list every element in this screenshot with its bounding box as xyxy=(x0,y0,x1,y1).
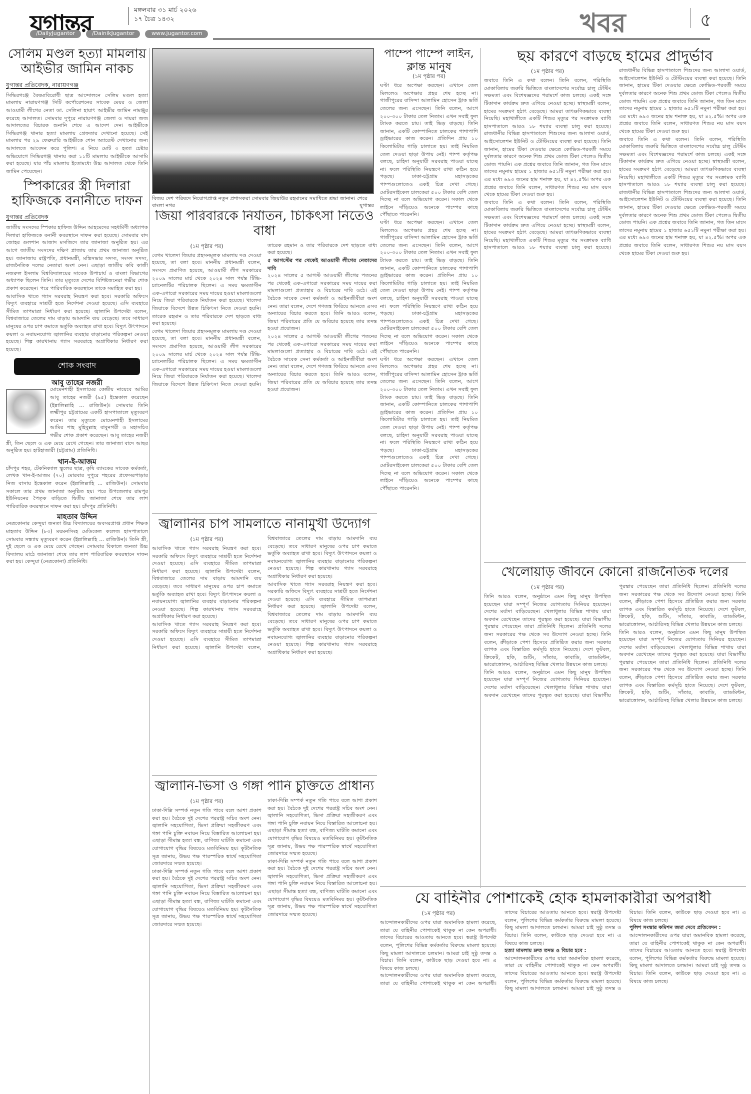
photo-credit: যুগান্তর xyxy=(360,203,374,210)
newspaper-logo[interactable]: যুগান্তর xyxy=(30,6,92,46)
article-body-cont: আবাসিক খাতে গ্যাস সরবরাহ নিয়ন্ত্রণ করা … xyxy=(6,294,148,355)
article-body-cont: ২০২৪ সালের ৫ আগস্ট আওয়ামী লীগের পতনের প… xyxy=(268,334,378,395)
article-columns: (১ম পৃষ্ঠার পর) আবাসিক খাতে গ্যাস সরবরাহ… xyxy=(152,536,377,658)
byline: যুগান্তর প্রতিবেদক, নারায়ণগঞ্জ xyxy=(6,80,148,91)
continued-label: (১ম পৃষ্ঠার পর) xyxy=(380,911,497,919)
article-measles[interactable]: ছয় কারণে বাড়ছে হামের প্রাদুর্ভাব (১ম প… xyxy=(484,48,746,558)
issue-date: মঙ্গলবার ৩১ মার্চ ২০২৬ ১৭ চৈত্র ১৪৩২ xyxy=(134,6,196,24)
article-body: বেগম খালেদা জিয়ার প্রহসনমূলক মামলায় দণ… xyxy=(152,253,262,329)
article-body: জাতীয় সংসদের স্পিকার হাফিজ উদ্দিন আহমেদ… xyxy=(6,225,148,293)
article-body-cont: ঘণ্টা ধরে অপেক্ষা করছেন। এখানে তেল মিললে… xyxy=(380,357,478,494)
article-speaker[interactable]: স্পিকারের স্ত্রী দিলারা হাফিজকে বনানীতে … xyxy=(6,180,148,354)
subhead: পুলিশ সংস্কার কমিশন জমা দেবে প্রতিবেদন : xyxy=(629,925,746,933)
article-footballer[interactable]: খেলোয়াড় জীবনে কোনো রাজনৈতিক দলের (১ম প… xyxy=(484,566,746,884)
obituary-section: শোক সংবাদ আবু তাহের নজরী মোমেনশাহী ইসলাম… xyxy=(6,358,148,567)
continued-label: (১ম পৃষ্ঠার পর) xyxy=(380,74,478,82)
left-column: সেলিম মণ্ডল হত্যা মামলায় আইভীর জামিন না… xyxy=(6,48,148,1094)
continued-label: (১ম পৃষ্ঠার পর) xyxy=(484,69,611,77)
article-body: ২০২৪ সালের ৫ আগস্ট আওয়ামী লীগের পতনের প… xyxy=(268,273,378,334)
article-divider xyxy=(380,886,746,887)
article-body: ঢাকা-দিল্লি সম্পর্ক নতুন গতি পাবে বলে আশ… xyxy=(152,808,262,869)
byline: যুগান্তর প্রতিবেদক xyxy=(6,212,148,223)
date-gregorian: মঙ্গলবার ৩১ মার্চ ২০২৬ xyxy=(134,6,196,15)
article-jalani[interactable]: জ্বালানির চাপ সামলাতে নানামুখী উদ্যোগ (১… xyxy=(152,518,377,773)
social-links: /DailyJugantor /DainikJugantor www.jugan… xyxy=(30,30,208,38)
headline[interactable]: পাম্পে পাম্পে লাইন, ক্লান্ত মানুষ xyxy=(380,48,478,73)
headline[interactable]: স্পিকারের স্ত্রী দিলারা হাফিজকে বনানীতে … xyxy=(6,180,148,210)
column-divider xyxy=(480,48,481,888)
article-body: আবাসিক খাতে গ্যাস সরবরাহ নিয়ন্ত্রণ করা … xyxy=(152,546,262,622)
page-number: ৫ xyxy=(700,6,712,37)
section-divider xyxy=(690,8,691,28)
continued-label: (১ম পৃষ্ঠার পর) xyxy=(152,537,262,545)
subhead: ৫ আগস্টের পর থেকেই আওয়ামী লীগের নেতাদের… xyxy=(268,258,378,273)
obituary-title: শোক সংবাদ xyxy=(14,358,140,375)
continued-label: (১ম পৃষ্ঠার পর) xyxy=(484,585,611,593)
news-photo[interactable] xyxy=(152,48,374,194)
subhead: হত্যা মামলায় দ্রুত তদন্ত ও বিচার হবে : xyxy=(505,948,622,956)
caption-text: বিজয় দেশ পরিষদে নিয়োগপ্রাপ্ত নতুন প্রশ… xyxy=(152,196,367,209)
article-columns: (১ম পৃষ্ঠার পর) জবাবে তিনি এ কথা বলেন। ত… xyxy=(484,68,746,258)
logo-divider xyxy=(128,7,129,25)
section-title: খবর xyxy=(580,3,626,47)
headline[interactable]: যে বাহিনীর পোশাকেই হোক হামলাকারীরা অপরাধ… xyxy=(380,890,746,907)
date-bengali: ১৭ চৈত্র ১৪৩২ xyxy=(134,15,196,24)
article-columns: (১ম পৃষ্ঠার পর) তিনি আরও বলেন, অনুষ্ঠানে… xyxy=(484,584,746,706)
article-body-cont: ঢাকা-দিল্লি সম্পর্ক নতুন গতি পাবে বলে আশ… xyxy=(152,869,262,930)
article-body-cont: ঢাকা-দিল্লি সম্পর্ক নতুন গতি পাবে বলে আশ… xyxy=(268,798,378,859)
article-jalani-visa[interactable]: জ্বালানি-ভিসা ও গঙ্গা পানি চুক্তিতে প্রা… xyxy=(152,780,377,1094)
article-body-cont: ঢাকা-দিল্লি সম্পর্ক নতুন গতি পাবে বলে আশ… xyxy=(268,859,378,920)
article-columns: (১ম পৃষ্ঠার পর) বেগম খালেদা জিয়ার প্রহস… xyxy=(152,243,377,395)
obituary-body: চাঁদপুর শহর, টেকনিক্যাল স্কুলের ছাত্র, ক… xyxy=(6,466,148,512)
article-columns: (১ম পৃষ্ঠার পর) আন্দোলনকারীদের ওপর যারা … xyxy=(380,910,746,994)
article-body: তিনি আরও বলেন, অনুষ্ঠানে এমন কিছু মানুষ … xyxy=(484,594,611,670)
article-divider xyxy=(484,562,746,563)
article-divider xyxy=(152,775,377,776)
obituary-name: খান-ই-আজম xyxy=(6,458,148,466)
headline[interactable]: জ্বালানির চাপ সামলাতে নানামুখী উদ্যোগ xyxy=(152,518,377,533)
article-divider xyxy=(152,513,377,514)
continued-label: (১ম পৃষ্ঠার পর) xyxy=(152,244,262,252)
article-body: জবাবে তিনি এ কথা বলেন। তিনি বলেন, পরিস্থ… xyxy=(484,78,611,200)
article-body-cont: তিনি আরও বলেন, অনুষ্ঠানে এমন কিছু মানুষ … xyxy=(619,630,746,706)
headline[interactable]: জিয়া পরিবারকে নির্যাতন, চিকিৎসা নিতেও ব… xyxy=(152,210,377,240)
article-body: সিদ্ধিরগঞ্জে বৈষম্যবিরোধী ছাত্র আন্দোলনে… xyxy=(6,93,148,177)
obituary-body: নেত্রকোনার কেন্দুয়া জনতা উচ্চ বিদ্যালয়… xyxy=(6,521,148,567)
facebook-link[interactable]: /DainikJugantor xyxy=(86,30,140,38)
article-body-cont: আন্দোলনকারীদের ওপর যারা অমানবিক হামলা কর… xyxy=(629,933,746,986)
article-columns: (১ম পৃষ্ঠার পর) ঢাকা-দিল্লি সম্পর্ক নতুন… xyxy=(152,798,377,930)
photo-caption: বিজয় দেশ পরিষদে নিয়োগপ্রাপ্ত নতুন প্রশ… xyxy=(152,196,374,210)
article-body-cont: জবাবে তিনি এ কথা বলেন। তিনি বলেন, পরিস্থ… xyxy=(619,137,746,259)
article-body: আন্দোলনকারীদের ওপর যারা অমানবিক হামলা কর… xyxy=(380,920,497,973)
header-rule xyxy=(213,38,710,40)
headline[interactable]: ছয় কারণে বাড়ছে হামের প্রাদুর্ভাব xyxy=(484,48,746,65)
headline[interactable]: খেলোয়াড় জীবনে কোনো রাজনৈতিক দলের xyxy=(484,566,746,581)
masthead: যুগান্তর মঙ্গলবার ৩১ মার্চ ২০২৬ ১৭ চৈত্র… xyxy=(0,0,751,45)
column-divider xyxy=(149,48,150,1094)
twitter-link[interactable]: /DailyJugantor xyxy=(30,30,81,38)
obituary-portrait xyxy=(6,389,46,434)
website-link[interactable]: www.jugantor.com xyxy=(145,30,208,38)
article-pump[interactable]: পাম্পে পাম্পে লাইন, ক্লান্ত মানুষ (১ম পৃ… xyxy=(380,48,478,888)
article-body: ঘণ্টা ধরে অপেক্ষা করছেন। এখানে তেল মিললে… xyxy=(380,83,478,220)
continued-label: (১ম পৃষ্ঠার পর) xyxy=(152,799,262,807)
headline[interactable]: জ্বালানি-ভিসা ও গঙ্গা পানি চুক্তিতে প্রা… xyxy=(152,780,377,795)
article-zia[interactable]: জিয়া পরিবারকে নির্যাতন, চিকিৎসা নিতেও ব… xyxy=(152,210,377,510)
article-body-cont: আবাসিক খাতে গ্যাস সরবরাহ নিয়ন্ত্রণ করা … xyxy=(268,582,378,658)
article-body-cont: ঘণ্টা ধরে অপেক্ষা করছেন। এখানে তেল মিললে… xyxy=(380,220,478,357)
article-forces[interactable]: যে বাহিনীর পোশাকেই হোক হামলাকারীরা অপরাধ… xyxy=(380,890,746,1094)
headline[interactable]: সেলিম মণ্ডল হত্যা মামলায় আইভীর জামিন না… xyxy=(6,48,148,78)
article-selim[interactable]: সেলিম মণ্ডল হত্যা মামলায় আইভীর জামিন না… xyxy=(6,48,148,176)
